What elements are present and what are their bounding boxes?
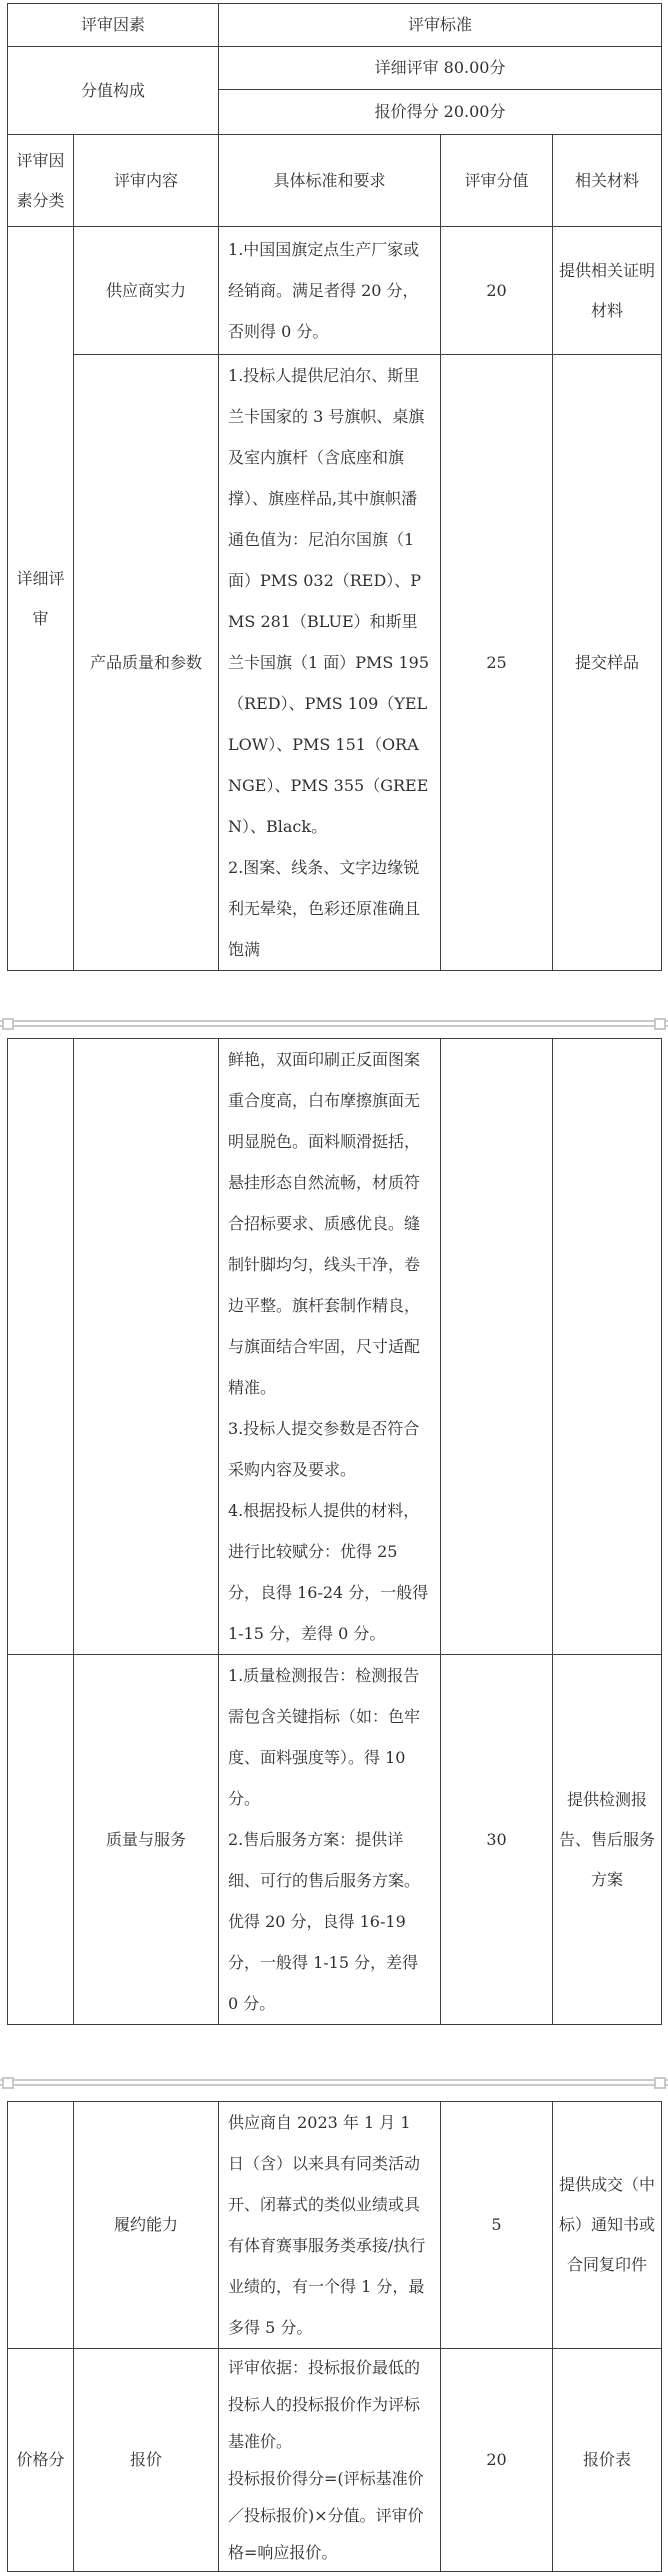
- empty-score-cell: [441, 1039, 553, 1655]
- score-composition-row-1: 分值构成 详细评审 80.00分: [8, 47, 662, 90]
- price-materials-cell: 报价表: [553, 2349, 662, 2572]
- section-label-price: 价格分: [8, 2349, 74, 2572]
- page-break-2: [0, 2077, 668, 2087]
- page-break-line: [0, 2079, 668, 2086]
- page-corner-mark: [654, 1018, 666, 1030]
- page-corner-mark: [2, 2077, 14, 2089]
- empty-content-cell: [74, 1039, 219, 1655]
- col-header-criteria: 具体标准和要求: [219, 135, 441, 227]
- col-header-category: 评审因素分类: [8, 135, 74, 227]
- product-criteria-cell-part1: 1.投标人提供尼泊尔、斯里兰卡国家的 3 号旗帜、桌旗及室内旗杆（含底座和旗撑）…: [219, 355, 441, 971]
- page-break-1: [0, 1018, 668, 1028]
- row-supplier-strength: 详细评审 供应商实力 1.中国国旗定点生产厂家或经销商。满足者得 20 分，否则…: [8, 227, 662, 355]
- empty-category-cell: [8, 1039, 74, 1655]
- price-score-cell: 20: [441, 2349, 553, 2572]
- price-content-cell: 报价: [74, 2349, 219, 2572]
- section-label-detail-review: 详细评审: [8, 227, 74, 971]
- supplier-content-cell: 供应商实力: [74, 227, 219, 355]
- page-corner-mark: [2, 1018, 14, 1030]
- col-header-materials: 相关材料: [553, 135, 662, 227]
- detail-score-value: 详细评审 80.00分: [219, 47, 662, 90]
- product-materials-cell: 提交样品: [553, 355, 662, 971]
- supplier-criteria-cell: 1.中国国旗定点生产厂家或经销商。满足者得 20 分，否则得 0 分。: [219, 227, 441, 355]
- row-product-quality-continued: 鲜艳，双面印刷正反面图案重合度高，白布摩擦旗面无明显脱色。面料顺滑挺括，悬挂形态…: [8, 1039, 662, 1655]
- row-price: 价格分 报价 评审依据：投标报价最低的投标人的投标报价作为评标基准价。 投标报价…: [8, 2349, 662, 2572]
- row-quality-service: 质量与服务 1.质量检测报告：检测报告需包含关键指标（如：色牢度、面料强度等）。…: [8, 1655, 662, 2025]
- supplier-materials-cell: 提供相关证明材料: [553, 227, 662, 355]
- col-header-content: 评审内容: [74, 135, 219, 227]
- score-composition-label: 分值构成: [8, 47, 219, 135]
- evaluation-table-page2: 鲜艳，双面印刷正反面图案重合度高，白布摩擦旗面无明显脱色。面料顺滑挺括，悬挂形态…: [7, 1038, 662, 2025]
- product-score-cell: 25: [441, 355, 553, 971]
- column-header-row: 评审因素分类 评审内容 具体标准和要求 评审分值 相关材料: [8, 135, 662, 227]
- performance-materials-cell: 提供成交（中标）通知书或合同复印件: [553, 2102, 662, 2349]
- quality-materials-cell: 提供检测报告、售后服务方案: [553, 1655, 662, 2025]
- row-product-quality: 产品质量和参数 1.投标人提供尼泊尔、斯里兰卡国家的 3 号旗帜、桌旗及室内旗杆…: [8, 355, 662, 971]
- quality-score-cell: 30: [441, 1655, 553, 2025]
- summary-header-row: 评审因素 评审标准: [8, 4, 662, 47]
- page-break-line: [0, 1020, 668, 1027]
- empty-category-cell: [8, 1655, 74, 2025]
- empty-category-cell: [8, 2102, 74, 2349]
- review-factor-header: 评审因素: [8, 4, 219, 47]
- review-standard-header: 评审标准: [219, 4, 662, 47]
- price-criteria-cell: 评审依据：投标报价最低的投标人的投标报价作为评标基准价。 投标报价得分=(评标基…: [219, 2349, 441, 2572]
- performance-content-cell: 履约能力: [74, 2102, 219, 2349]
- supplier-score-cell: 20: [441, 227, 553, 355]
- price-score-value: 报价得分 20.00分: [219, 90, 662, 135]
- product-content-cell: 产品质量和参数: [74, 355, 219, 971]
- quality-criteria-cell: 1.质量检测报告：检测报告需包含关键指标（如：色牢度、面料强度等）。得 10 分…: [219, 1655, 441, 2025]
- col-header-score: 评审分值: [441, 135, 553, 227]
- row-performance: 履约能力 供应商自 2023 年 1 月 1 日（含）以来具有同类活动开、闭幕式…: [8, 2102, 662, 2349]
- empty-materials-cell: [553, 1039, 662, 1655]
- evaluation-table-page3: 履约能力 供应商自 2023 年 1 月 1 日（含）以来具有同类活动开、闭幕式…: [7, 2101, 662, 2572]
- page-corner-mark: [654, 2077, 666, 2089]
- performance-score-cell: 5: [441, 2102, 553, 2349]
- product-criteria-cell-part2: 鲜艳，双面印刷正反面图案重合度高，白布摩擦旗面无明显脱色。面料顺滑挺括，悬挂形态…: [219, 1039, 441, 1655]
- quality-content-cell: 质量与服务: [74, 1655, 219, 2025]
- evaluation-table-page1: 评审因素 评审标准 分值构成 详细评审 80.00分 报价得分 20.00分 评…: [7, 3, 662, 971]
- performance-criteria-cell: 供应商自 2023 年 1 月 1 日（含）以来具有同类活动开、闭幕式的类似业绩…: [219, 2102, 441, 2349]
